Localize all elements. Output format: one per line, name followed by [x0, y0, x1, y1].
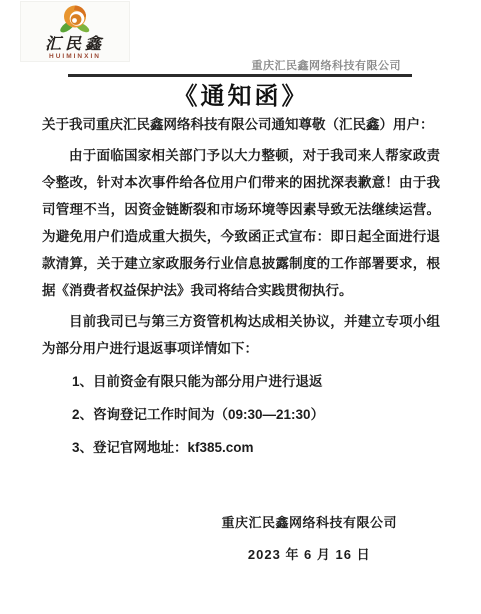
notice-letter-page: 汇民鑫 HUIMINXIN 重庆汇民鑫网络科技有限公司 《通知函》 关于我司重庆…: [0, 0, 481, 614]
document-title: 《通知函》: [42, 84, 440, 110]
list-item-website: 3、登记官网地址：kf385.com: [72, 434, 440, 461]
salutation-paragraph: 关于我司重庆汇民鑫网络科技有限公司通知尊敬（汇民鑫）用户：: [42, 111, 440, 138]
list-item-refund: 1、目前资金有限只能为部分用户进行退返: [72, 368, 440, 395]
body-paragraph-2: 目前我司已与第三方资管机构达成相关协议，并建立专项小组为部分用户进行退返事项详情…: [42, 308, 440, 362]
signature-date: 2023 年 6 月 16 日: [221, 544, 397, 563]
company-logo: 汇民鑫 HUIMINXIN: [20, 1, 130, 62]
brand-name-cn: 汇民鑫: [45, 35, 105, 52]
header-company-name: 重庆汇民鑫网络科技有限公司: [252, 57, 402, 73]
header-divider: [68, 74, 412, 77]
list-item-hours: 2、咨询登记工作时间为（09:30—21:30）: [72, 401, 440, 428]
flower-swirl-icon: [58, 4, 92, 35]
signature-company-name: 重庆汇民鑫网络科技有限公司: [221, 512, 397, 531]
body-paragraph-1: 由于面临国家相关部门予以大力整顿，对于我司来人帮家政责令整改，针对本次事件给各位…: [42, 142, 440, 304]
signature-block: 重庆汇民鑫网络科技有限公司 2023 年 6 月 16 日: [221, 512, 397, 563]
brand-name-en: HUIMINXIN: [49, 53, 101, 60]
document-body: 《通知函》 关于我司重庆汇民鑫网络科技有限公司通知尊敬（汇民鑫）用户： 由于面临…: [42, 84, 440, 461]
